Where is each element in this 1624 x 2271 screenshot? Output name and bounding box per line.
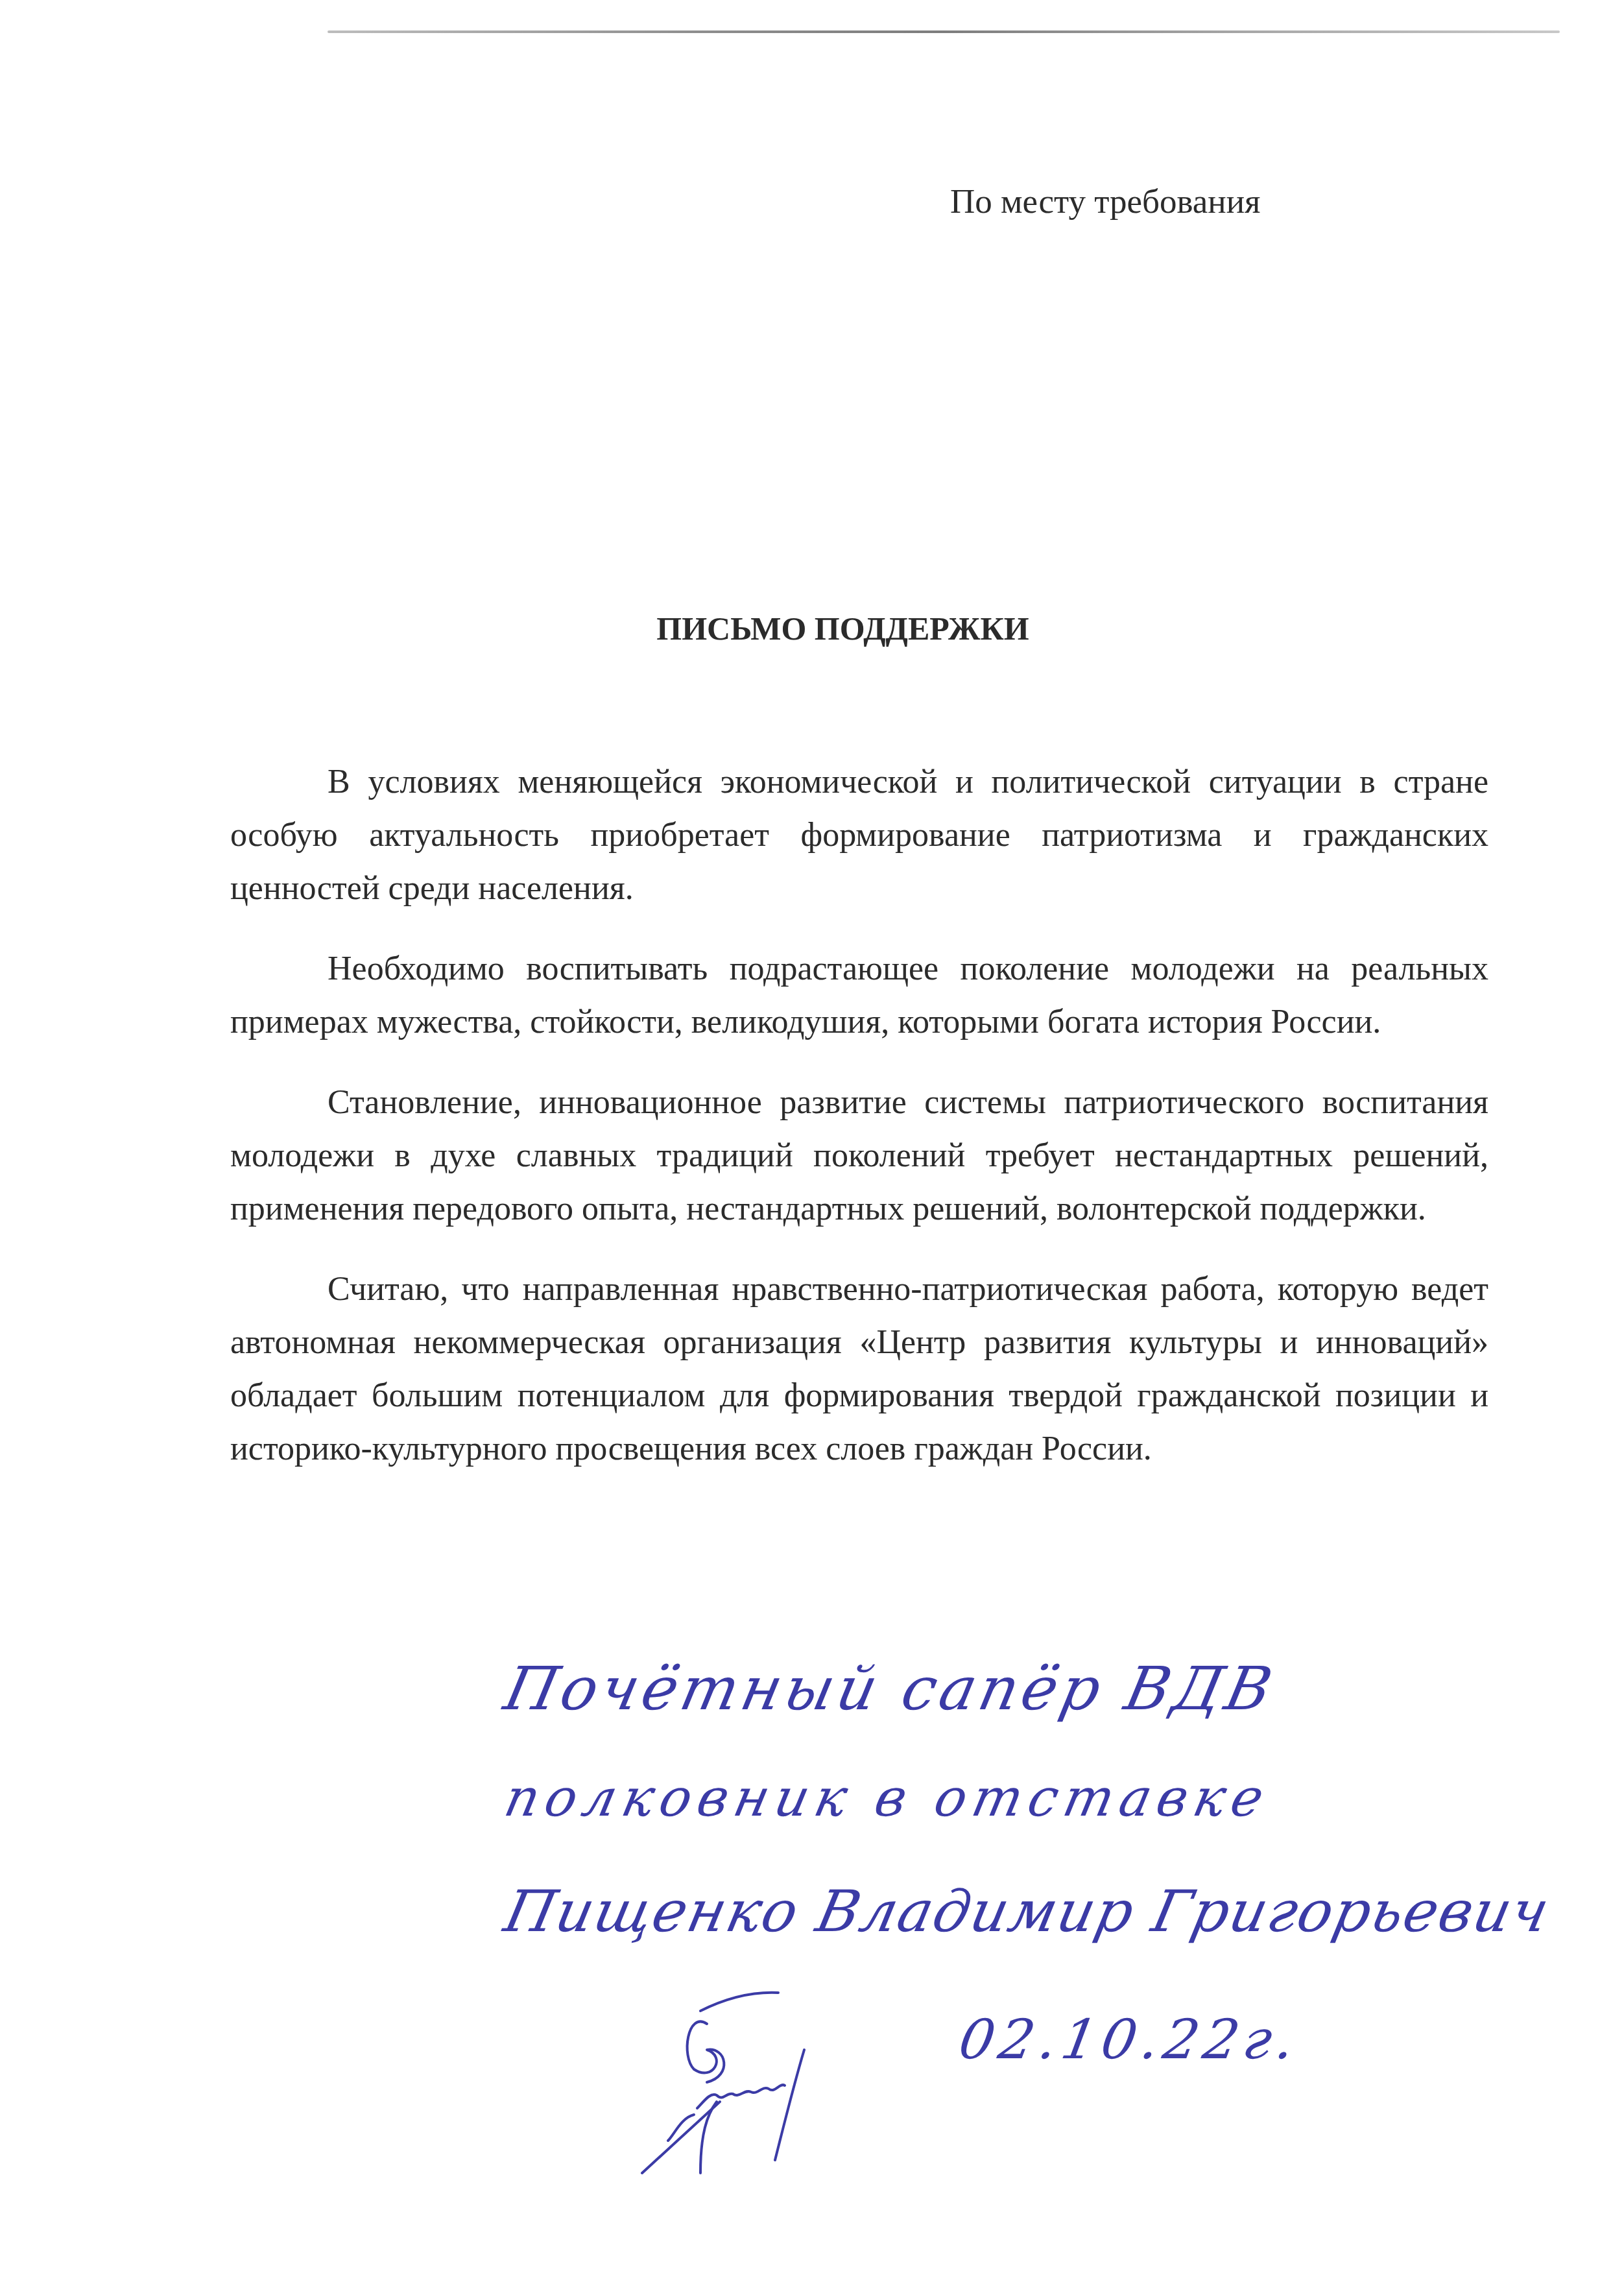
scan-edge-line: [328, 30, 1560, 33]
handwritten-date: 02.10.22г.: [954, 2008, 1304, 2071]
addressee: По месту требования: [950, 185, 1260, 219]
paragraph-3: Становление, инновационное развитие сист…: [230, 1076, 1488, 1236]
handwritten-title: полковник в отставке: [499, 1768, 1275, 1828]
paragraph-2: Необходимо воспитывать подрастающее поко…: [230, 943, 1488, 1049]
signature-icon: [629, 1985, 902, 2180]
paragraph-1: В условиях меняющейся экономической и по…: [230, 756, 1488, 915]
letter-body: В условиях меняющейся экономической и по…: [230, 756, 1488, 1503]
handwritten-signature-block: Почётный сапёр ВДВ полковник в отставке …: [493, 1648, 1595, 2180]
handwritten-name: Пищенко Владимир Григорьевич: [499, 1878, 1556, 1945]
handwritten-rank: Почётный сапёр ВДВ: [499, 1654, 1282, 1724]
paragraph-4: Считаю, что направленная нравственно-пат…: [230, 1263, 1488, 1476]
letter-title: ПИСЬМО ПОДДЕРЖКИ: [0, 610, 1624, 647]
